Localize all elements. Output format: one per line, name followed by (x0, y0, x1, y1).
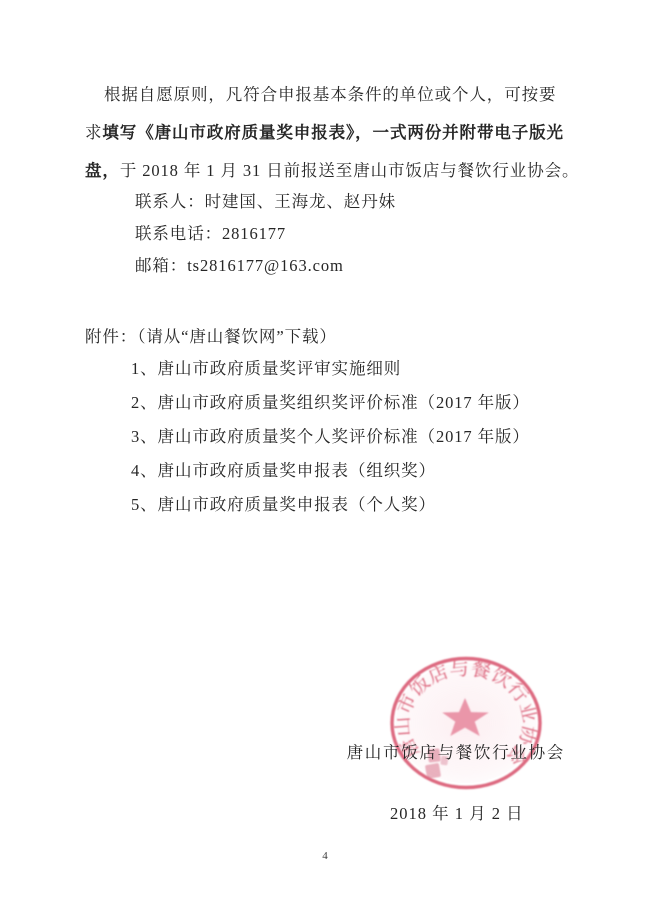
paragraph-text: 于 2018 年 1 月 31 日前报送至唐山市饭店与餐饮行业协会。 (120, 161, 580, 180)
paragraph-text: 根据自愿原则，凡符合申报基本条件的单位或个人，可按要 (104, 85, 556, 104)
attachments-list: 1、唐山市政府质量奖评审实施细则 2、唐山市政府质量奖组织奖评价标准（2017 … (131, 352, 530, 522)
attachment-item: 4、唐山市政府质量奖申报表（组织奖） (131, 454, 530, 488)
body-paragraph: 根据自愿原则，凡符合申报基本条件的单位或个人，可按要 求填写《唐山市政府质量奖申… (85, 76, 585, 190)
paragraph-line: 求填写《唐山市政府质量奖申报表》，一式两份并附带电子版光 (85, 114, 585, 152)
attachment-item: 1、唐山市政府质量奖评审实施细则 (131, 352, 530, 386)
paragraph-bold-text: 填写《唐山市政府质量奖申报表》，一式两份并附带电子版光 (102, 123, 564, 142)
attachments-header: 附件：（请从“唐山餐饮网”下载） (85, 320, 337, 354)
paragraph-line: 根据自愿原则，凡符合申报基本条件的单位或个人，可按要 (85, 76, 585, 114)
contact-email-line: 邮箱：ts2816177@163.com (135, 250, 396, 282)
official-seal-stamp: 唐山市饭店与餐饮行业协会 (388, 655, 545, 792)
paragraph-text: 求 (85, 123, 102, 142)
page-number: 4 (0, 850, 650, 862)
signature-date: 2018 年 1 月 2 日 (390, 800, 524, 824)
contact-block: 联系人：时建国、王海龙、赵丹妹 联系电话：2816177 邮箱：ts281617… (135, 186, 396, 282)
paragraph-bold-text: 盘， (85, 161, 120, 180)
contact-phone-line: 联系电话：2816177 (135, 218, 396, 250)
attachment-item: 2、唐山市政府质量奖组织奖评价标准（2017 年版） (131, 386, 530, 420)
attachment-item: 5、唐山市政府质量奖申报表（个人奖） (131, 488, 530, 522)
contact-person-line: 联系人：时建国、王海龙、赵丹妹 (135, 186, 396, 218)
paragraph-line: 盘，于 2018 年 1 月 31 日前报送至唐山市饭店与餐饮行业协会。 (85, 152, 585, 190)
seal-graphic: 唐山市饭店与餐饮行业协会 (388, 655, 545, 792)
signature-org-name: 唐山市饭店与餐饮行业协会 (347, 739, 565, 763)
document-page: 根据自愿原则，凡符合申报基本条件的单位或个人，可按要 求填写《唐山市政府质量奖申… (0, 0, 650, 919)
attachment-item: 3、唐山市政府质量奖个人奖评价标准（2017 年版） (131, 420, 530, 454)
